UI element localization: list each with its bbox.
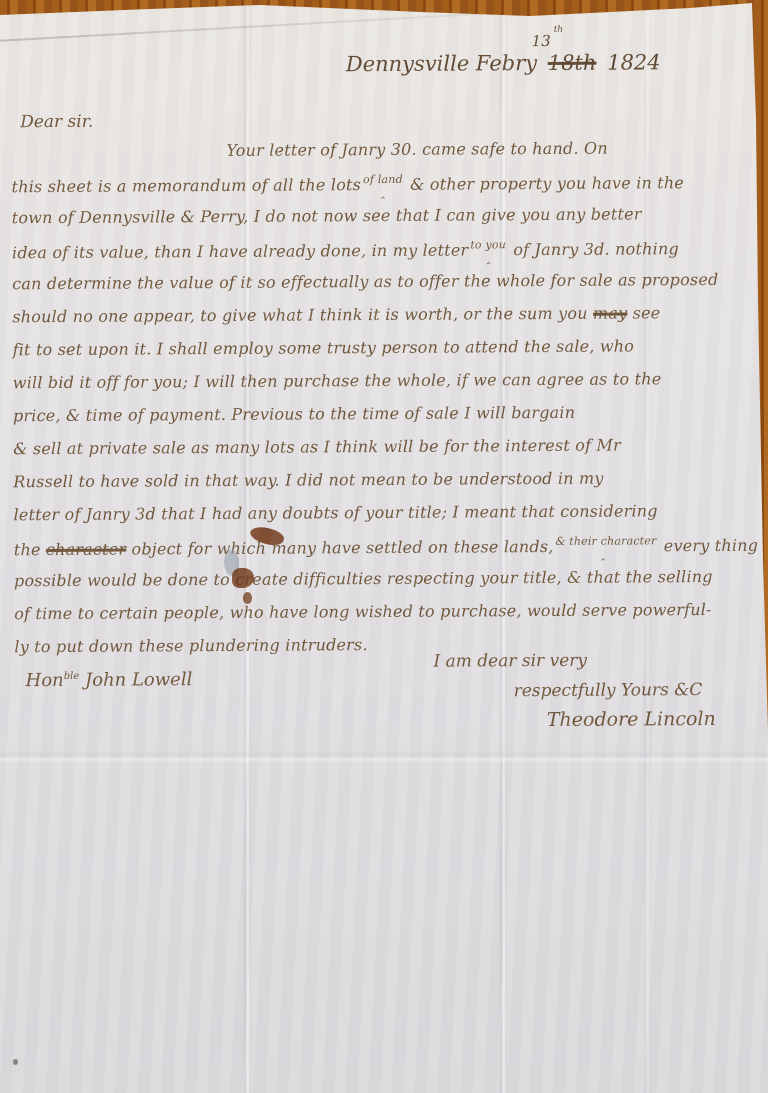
letter-text: see: [627, 303, 660, 322]
letter-text: fit to set upon it. I shall employ some …: [13, 336, 635, 359]
letter-text: will bid it off for you; I will then pur…: [13, 369, 662, 392]
letter-text: Your letter of Janry 30. came safe to ha…: [226, 139, 608, 160]
letter-text: & other property you have in the: [405, 173, 684, 194]
inserted-text: & their character: [555, 534, 656, 548]
struck-word: may: [593, 303, 627, 322]
letter-line: the character object for which many have…: [14, 534, 762, 572]
addressee: Honble John Lowell: [26, 669, 193, 691]
closing-line-1: I am dear sir very: [433, 651, 587, 672]
struck-word: character: [46, 540, 126, 559]
corrected-ordinal: th: [554, 25, 563, 35]
letter-line: Your letter of Janry 30. came safe to ha…: [11, 138, 759, 176]
letter-content: Dennysville Febry 18th 13th 1824 Dear si…: [0, 0, 768, 1093]
letter-line: fit to set upon it. I shall employ some …: [13, 336, 761, 374]
letter-text: Russell to have sold in that way. I did …: [13, 469, 603, 492]
letter-line: will bid it off for you; I will then pur…: [13, 369, 761, 407]
date-line: Dennysville Febry 18th 13th 1824: [346, 50, 661, 76]
struck-day: 18th 13th: [548, 51, 597, 75]
corrected-day: 13th: [532, 25, 564, 50]
letter-text: letter of Janry 3d that I had any doubts…: [14, 501, 658, 524]
letter-line: ly to put down these plundering intruder…: [14, 633, 762, 671]
letter-text: every thing: [658, 536, 758, 556]
letter-text: of time to certain people, who have long…: [14, 600, 712, 623]
letter-line: town of Dennysville & Perry, I do not no…: [12, 204, 760, 242]
ink-blot: [232, 568, 254, 588]
letter-photograph: Dennysville Febry 18th 13th 1824 Dear si…: [0, 0, 768, 1093]
signature: Theodore Lincoln: [547, 708, 716, 731]
letter-line: & sell at private sale as many lots as I…: [13, 435, 761, 473]
letter-line: can determine the value of it so effectu…: [12, 270, 760, 308]
date-year: 1824: [607, 50, 661, 74]
letter-body: Your letter of Janry 30. came safe to ha…: [11, 138, 762, 671]
letter-text: idea of its value, than I have already d…: [12, 240, 468, 262]
addressee-ordinal: ble: [64, 671, 80, 682]
place-and-month: Dennysville Febry: [346, 51, 537, 76]
letter-line: of time to certain people, who have long…: [14, 600, 762, 638]
letter-text: object for which many have settled on th…: [126, 537, 553, 559]
addressee-honorific: Hon: [26, 670, 64, 691]
letter-text: possible would be done to create difficu…: [14, 567, 713, 590]
letter-line: price, & time of payment. Previous to th…: [13, 402, 761, 440]
letter-text: price, & time of payment. Previous to th…: [13, 403, 575, 425]
ink-blot: [248, 523, 285, 549]
fold-crease-horizontal: [0, 750, 768, 764]
paper-top-fold-shadow: [0, 9, 555, 42]
fold-crease-faint: [642, 0, 652, 1093]
ink-smudge: [224, 550, 239, 576]
letter-line: letter of Janry 3d that I had any doubts…: [14, 501, 762, 539]
inserted-text: to you: [470, 238, 506, 251]
letter-line: idea of its value, than I have already d…: [12, 237, 760, 275]
letter-text: ly to put down these plundering intruder…: [14, 635, 367, 656]
letter-line: possible would be done to create difficu…: [14, 567, 762, 605]
letter-line: Russell to have sold in that way. I did …: [13, 468, 761, 506]
letter-text: of Janry 3d. nothing: [508, 239, 679, 259]
inserted-text: of land: [363, 173, 403, 186]
paper-speck: [13, 1059, 18, 1065]
letter-text: should no one appear, to give what I thi…: [12, 304, 593, 327]
ink-blot: [243, 592, 252, 604]
letter-line: should no one appear, to give what I thi…: [12, 303, 760, 341]
fold-crease-right: [498, 0, 508, 1093]
letter-line: this sheet is a memorandum of all the lo…: [11, 171, 759, 209]
letter-text: town of Dennysville & Perry, I do not no…: [12, 204, 642, 227]
addressee-name: John Lowell: [79, 669, 192, 691]
letter-paper: Dennysville Febry 18th 13th 1824 Dear si…: [0, 0, 768, 1093]
fold-crease-left: [242, 0, 252, 1093]
letter-text: can determine the value of it so effectu…: [12, 270, 718, 293]
letter-text: the: [14, 540, 46, 559]
letter-text: this sheet is a memorandum of all the lo…: [12, 175, 362, 196]
salutation: Dear sir.: [20, 112, 93, 132]
closing-line-2: respectfully Yours &C: [514, 680, 703, 701]
letter-text: & sell at private sale as many lots as I…: [13, 436, 621, 459]
